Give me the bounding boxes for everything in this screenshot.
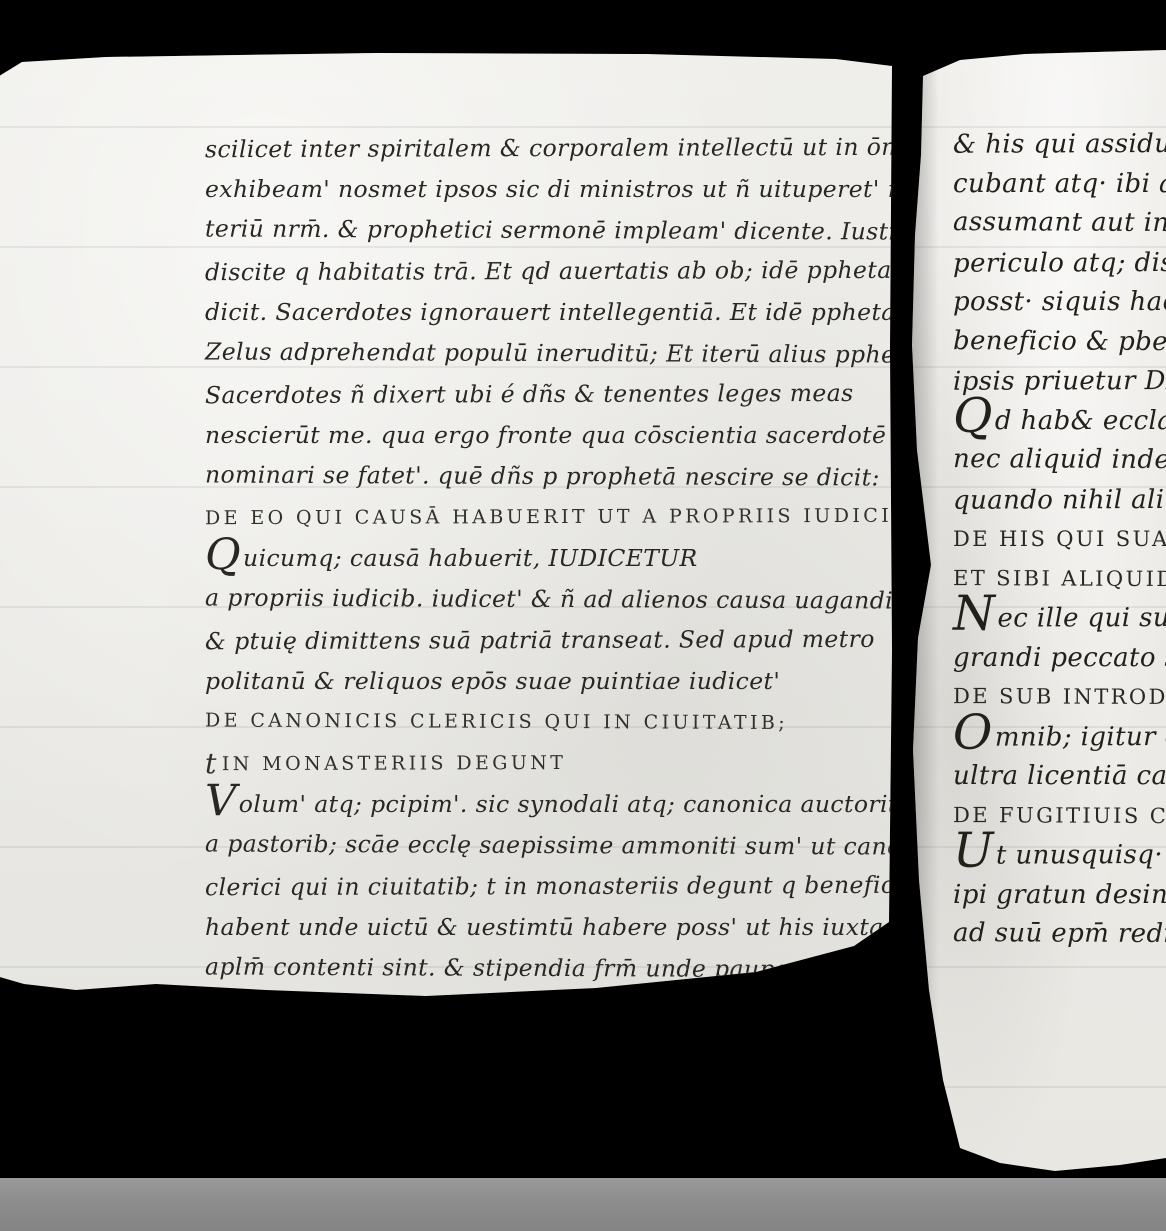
manuscript-line: quando nihil aliu [953, 480, 1166, 521]
manuscript-line: nescierūt me. qua ergo fronte qua cōscie… [205, 415, 895, 456]
photo-bottom-gray-band [0, 1178, 1166, 1231]
manuscript-line: a pastorib; scāe ecclę saepissime ammoni… [205, 823, 895, 867]
rubric-line: DE CANONICIS CLERICIS QUI IN CIUITATIB; [205, 700, 895, 744]
manuscript-line: clerici qui in ciuitatib; t in monasteri… [205, 865, 895, 908]
manuscript-line: posst· siquis haec sta [953, 283, 1166, 323]
manuscript-line: a propriis iudicib. iudicet' & ñ ad alie… [205, 577, 895, 621]
manuscript-line: discite q habitatis trā. Et qd auertatis… [205, 250, 895, 293]
rubric-line: tIN MONASTERIIS DEGUNT [205, 742, 895, 785]
manuscript-line: Nec ille qui sua possid [953, 598, 1166, 639]
manuscript-line: Sacerdotes ñ dixert ubi é dñs & tenentes… [205, 373, 895, 416]
manuscript-line: & his qui assidue ipp [953, 124, 1166, 165]
manuscript-line: assumant aut in [953, 203, 1166, 244]
manuscript-line: Quicumq; causā habuerit, IUDICETUR [205, 538, 895, 579]
line-text: IN MONASTERIIS DEGUNT [222, 752, 567, 775]
manuscript-line: Omnib; igitur clerici cu [953, 717, 1166, 758]
manuscript-line: scilicet inter spiritalem & corporalem i… [205, 127, 895, 170]
line-text: uicumq; causā habuerit, IUDICETUR [243, 544, 698, 572]
manuscript-line: nec aliquid indeb [953, 440, 1166, 481]
rubric-line: DE HIS QUI SUA P [953, 520, 1166, 560]
line-text: olum' atq; pcipim'. sic synodali atq; ca… [239, 790, 937, 818]
manuscript-line: Zelus adprehendat populū ineruditū; Et i… [205, 331, 895, 375]
manuscript-line: teriū nrm̄. & prophetici sermonē impleam… [205, 208, 895, 252]
left-page-textblock: scilicet inter spiritalem & corporalem i… [205, 128, 895, 989]
manuscript-line: nominari se fatet'. quē dñs p prophetā n… [205, 454, 895, 498]
manuscript-photo: { "photo": { "description": "Black-and-w… [0, 0, 1166, 1231]
manuscript-line: periculo atq; dispo [953, 243, 1166, 284]
manuscript-line: Ut unusquisq· eps ip [953, 835, 1166, 876]
manuscript-line: dicit. Sacerdotes ignorauert intellegent… [205, 292, 895, 333]
line-text: t unusquisq· eps ip [996, 840, 1166, 871]
manuscript-line: ad suū epm̄ redire fac [953, 914, 1166, 955]
right-page-textblock: & his qui assidue ippcubant atq· ibi ass… [953, 125, 1166, 955]
line-text: mnib; igitur clerici cu [995, 721, 1166, 752]
manuscript-line: & ptuię dimittens suā patriā transeat. S… [205, 619, 895, 662]
manuscript-line: ipi gratun desint & [953, 876, 1166, 916]
manuscript-line: Qd hab& ecclam cu [953, 402, 1166, 442]
manuscript-line: aplm̄ contenti sint. & stipendia frm̄ un… [205, 946, 895, 990]
manuscript-line: ultra licentiā ca ho [953, 757, 1166, 797]
line-text: ec ille qui sua possid [997, 603, 1166, 634]
manuscript-line: exhibeam' nosmet ipsos sic di ministros … [205, 169, 895, 210]
manuscript-line: politanū & reliquos epōs suae puintiae i… [205, 661, 895, 702]
manuscript-line: grandi peccato suo u [953, 639, 1166, 679]
manuscript-line: beneficio & pbend [953, 322, 1166, 363]
left-parchment-page: scilicet inter spiritalem & corporalem i… [0, 50, 892, 1008]
line-text: d hab& ecclam cu [995, 406, 1166, 436]
manuscript-line: Volum' atq; pcipim'. sic synodali atq; c… [205, 784, 895, 825]
rubric-line: DE EO QUI CAUSĀ HABUERIT UT A PROPRIIS I… [205, 496, 895, 539]
right-parchment-page: & his qui assidue ippcubant atq· ibi ass… [905, 50, 1166, 1174]
manuscript-line: cubant atq· ibi assi [953, 165, 1166, 205]
manuscript-line: habent unde uictū & uestimtū habere poss… [205, 907, 895, 948]
